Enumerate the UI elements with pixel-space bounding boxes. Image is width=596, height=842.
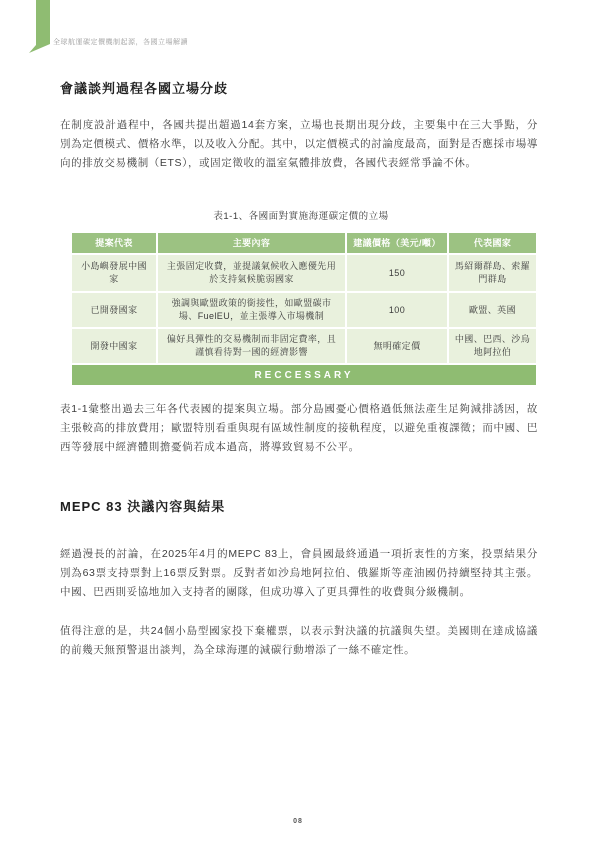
section2-title: MEPC 83 決議內容與結果	[60, 496, 225, 515]
table-cell-proposer: 小島嶼發展中國家	[72, 255, 156, 291]
reccessary-brand-band: RECCESSARY	[72, 365, 536, 385]
table-header-proposer: 提案代表	[72, 233, 156, 253]
positions-table: 提案代表 主要內容 建議價格（美元/噸） 代表國家 小島嶼發展中國家 主張固定收…	[72, 233, 530, 385]
table-cell-content: 主張固定收費，並提議氣候收入應優先用於支持氣候脆弱國家	[158, 255, 345, 291]
table-header-price: 建議價格（美元/噸）	[347, 233, 447, 253]
running-header: 全球航運碳定價機制起源，各國立場解讀	[53, 37, 188, 47]
table-cell-price: 100	[347, 293, 447, 327]
table-header-content: 主要內容	[158, 233, 345, 253]
table-cell-price: 150	[347, 255, 447, 291]
table-cell-price: 無明確定價	[347, 329, 447, 363]
section1-title: 會議談判過程各國立場分歧	[60, 78, 228, 97]
page-number: 08	[0, 818, 596, 825]
document-page: 全球航運碳定價機制起源，各國立場解讀 會議談判過程各國立場分歧 在制度設計過程中…	[0, 0, 596, 842]
table-cell-content: 偏好具彈性的交易機制而非固定費率，且謹慎看待對一國的經濟影響	[158, 329, 345, 363]
table-cell-proposer: 開發中國家	[72, 329, 156, 363]
section1-paragraph-after-table: 表1-1彙整出過去三年各代表國的提案與立場。部分島國憂心價格過低無法產生足夠減排…	[60, 400, 538, 457]
table-cell-countries: 歐盟、英國	[449, 293, 536, 327]
section1-paragraph: 在制度設計過程中，各國共提出超過14套方案，立場也長期出現分歧，主要集中在三大爭…	[60, 116, 538, 173]
table-cell-proposer: 已開發國家	[72, 293, 156, 327]
table-cell-content: 強調與歐盟政策的銜接性，如歐盟碳市場、FuelEU，並主張導入市場機制	[158, 293, 345, 327]
table-header-countries: 代表國家	[449, 233, 536, 253]
corner-ribbon-decoration	[29, 0, 51, 55]
table-caption: 表1-1、各國面對實施海運碳定價的立場	[72, 208, 530, 222]
table-cell-countries: 中國、巴西、沙烏地阿拉伯	[449, 329, 536, 363]
section2-paragraph1: 經過漫長的討論，在2025年4月的MEPC 83上，會員國最終通過一項折衷性的方…	[60, 545, 538, 602]
section2-paragraph2: 值得注意的是，共24個小島型國家投下棄權票，以表示對決議的抗議與失望。美國則在達…	[60, 622, 538, 660]
table-cell-countries: 馬紹爾群島、索羅門群島	[449, 255, 536, 291]
